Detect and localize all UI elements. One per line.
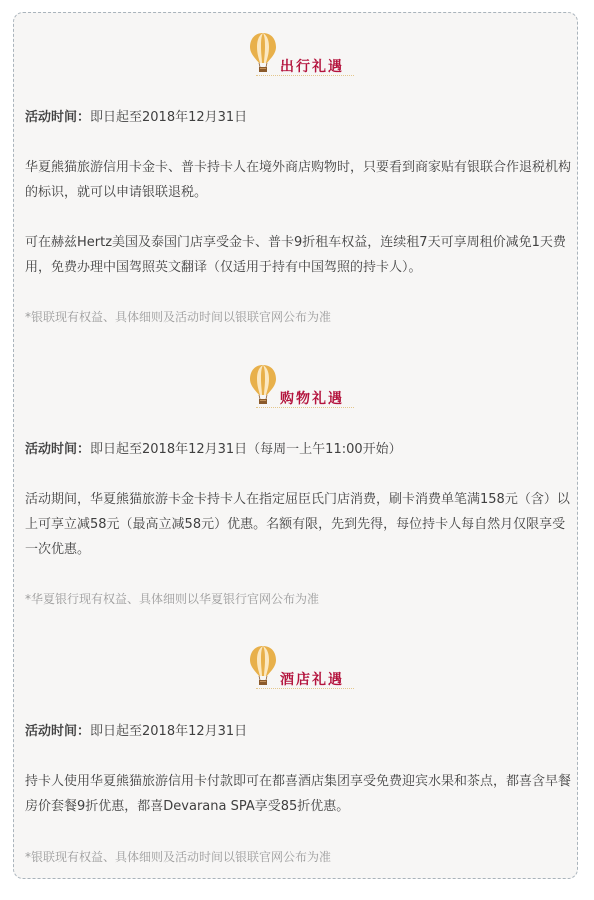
hot-air-balloon-icon — [249, 364, 277, 406]
activity-time-value: 即日起至2018年12月31日（每周一上午11:00开始） — [90, 442, 402, 457]
title-underline — [256, 688, 354, 689]
activity-time: 活动时间：即日起至2018年12月31日 — [25, 719, 573, 744]
hot-air-balloon-icon — [249, 32, 277, 74]
section-paragraph: 华夏熊猫旅游信用卡金卡、普卡持卡人在境外商店购物时，只要看到商家贴有银联合作退税… — [25, 155, 573, 205]
benefits-card: 出行礼遇 活动时间：即日起至2018年12月31日 华夏熊猫旅游信用卡金卡、普卡… — [13, 12, 578, 879]
section-title: 出行礼遇 — [280, 56, 344, 76]
section-note: *华夏银行现有权益、具体细则以华夏银行官网公布为准 — [25, 589, 573, 609]
activity-time: 活动时间：即日起至2018年12月31日（每周一上午11:00开始） — [25, 437, 573, 462]
section-note: *银联现有权益、具体细则及活动时间以银联官网公布为准 — [25, 847, 573, 867]
activity-time-label: 活动时间： — [25, 442, 90, 457]
section-paragraph: 可在赫兹Hertz美国及泰国门店享受金卡、普卡9折租车权益，连续租7天可享周租价… — [25, 230, 573, 280]
section-title: 购物礼遇 — [280, 388, 344, 408]
section-header: 酒店礼遇 — [236, 645, 386, 691]
activity-time-label: 活动时间： — [25, 110, 90, 125]
section-note: *银联现有权益、具体细则及活动时间以银联官网公布为准 — [25, 307, 573, 327]
section-title: 酒店礼遇 — [280, 669, 344, 689]
title-underline — [256, 407, 354, 408]
section-header: 出行礼遇 — [236, 32, 386, 78]
activity-time-label: 活动时间： — [25, 724, 90, 739]
activity-time-value: 即日起至2018年12月31日 — [90, 110, 247, 125]
activity-time: 活动时间：即日起至2018年12月31日 — [25, 105, 573, 130]
title-underline — [256, 75, 354, 76]
section-paragraph: 持卡人使用华夏熊猫旅游信用卡付款即可在都喜酒店集团享受免费迎宾水果和茶点，都喜含… — [25, 769, 573, 819]
activity-time-value: 即日起至2018年12月31日 — [90, 724, 247, 739]
section-header: 购物礼遇 — [236, 364, 386, 410]
hot-air-balloon-icon — [249, 645, 277, 687]
section-paragraph: 活动期间，华夏熊猫旅游卡金卡持卡人在指定屈臣氏门店消费，刷卡消费单笔满158元（… — [25, 487, 573, 562]
